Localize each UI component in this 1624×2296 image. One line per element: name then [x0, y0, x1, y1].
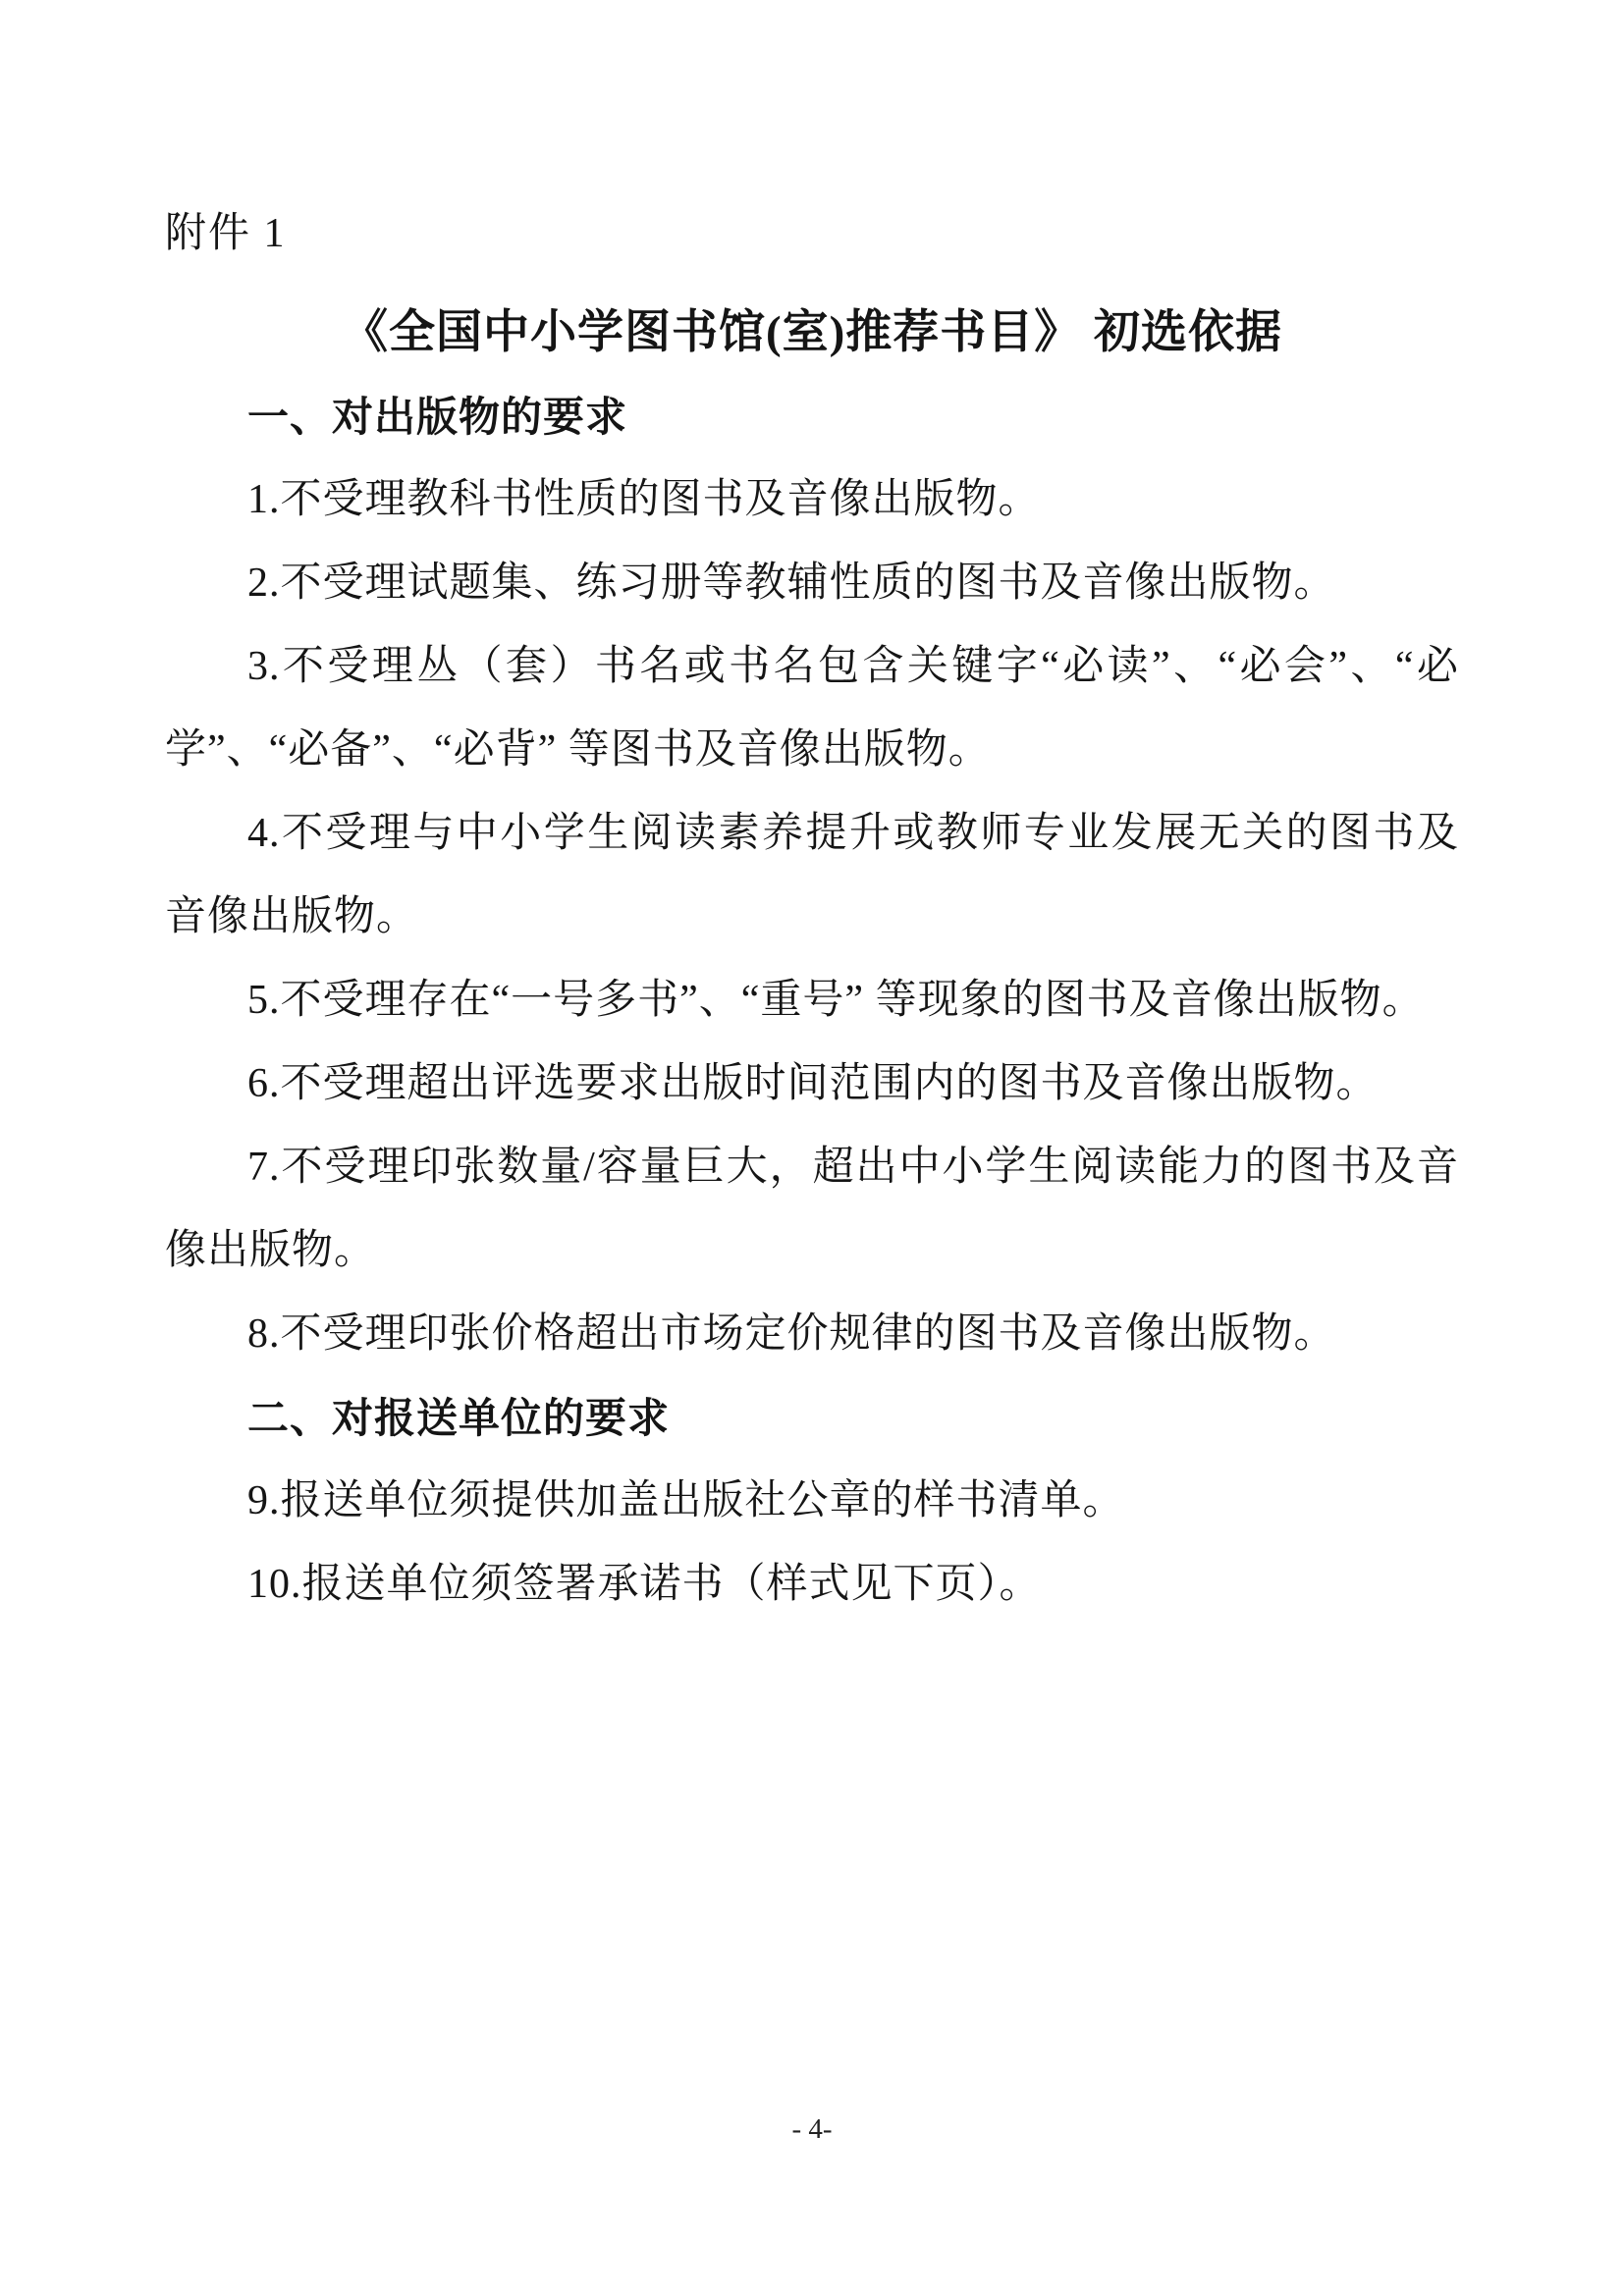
rule-item-8: 8.不受理印张价格超出市场定价规律的图书及音像出版物。	[165, 1293, 1459, 1376]
page-number: - 4-	[0, 2111, 1624, 2147]
rule-item-3: 3.不受理丛（套）书名或书名包含关键字“必读”、“必会”、“必学”、“必备”、“…	[165, 625, 1459, 792]
page-title: 《全国中小学图书馆(室)推荐书目》 初选依据	[165, 291, 1459, 375]
rule-item-4: 4.不受理与中小学生阅读素养提升或教师专业发展无关的图书及音像出版物。	[165, 792, 1459, 959]
document-page: 附件 1 《全国中小学图书馆(室)推荐书目》 初选依据 一、对出版物的要求 1.…	[0, 0, 1624, 2296]
rule-item-10: 10.报送单位须签署承诺书（样式见下页）。	[165, 1543, 1459, 1627]
document-content: 附件 1 《全国中小学图书馆(室)推荐书目》 初选依据 一、对出版物的要求 1.…	[0, 0, 1624, 1627]
rule-item-5: 5.不受理存在“一号多书”、“重号” 等现象的图书及音像出版物。	[165, 959, 1459, 1042]
section-heading-publications: 一、对出版物的要求	[165, 375, 1459, 458]
attachment-label: 附件 1	[165, 194, 1459, 273]
rule-item-7: 7.不受理印张数量/容量巨大，超出中小学生阅读能力的图书及音像出版物。	[165, 1126, 1459, 1293]
rule-item-9: 9.报送单位须提供加盖出版社公章的样书清单。	[165, 1460, 1459, 1543]
rule-item-6: 6.不受理超出评选要求出版时间范围内的图书及音像出版物。	[165, 1042, 1459, 1126]
section-heading-submitters: 二、对报送单位的要求	[165, 1376, 1459, 1460]
rule-item-1: 1.不受理教科书性质的图书及音像出版物。	[165, 458, 1459, 542]
rule-item-2: 2.不受理试题集、练习册等教辅性质的图书及音像出版物。	[165, 542, 1459, 625]
